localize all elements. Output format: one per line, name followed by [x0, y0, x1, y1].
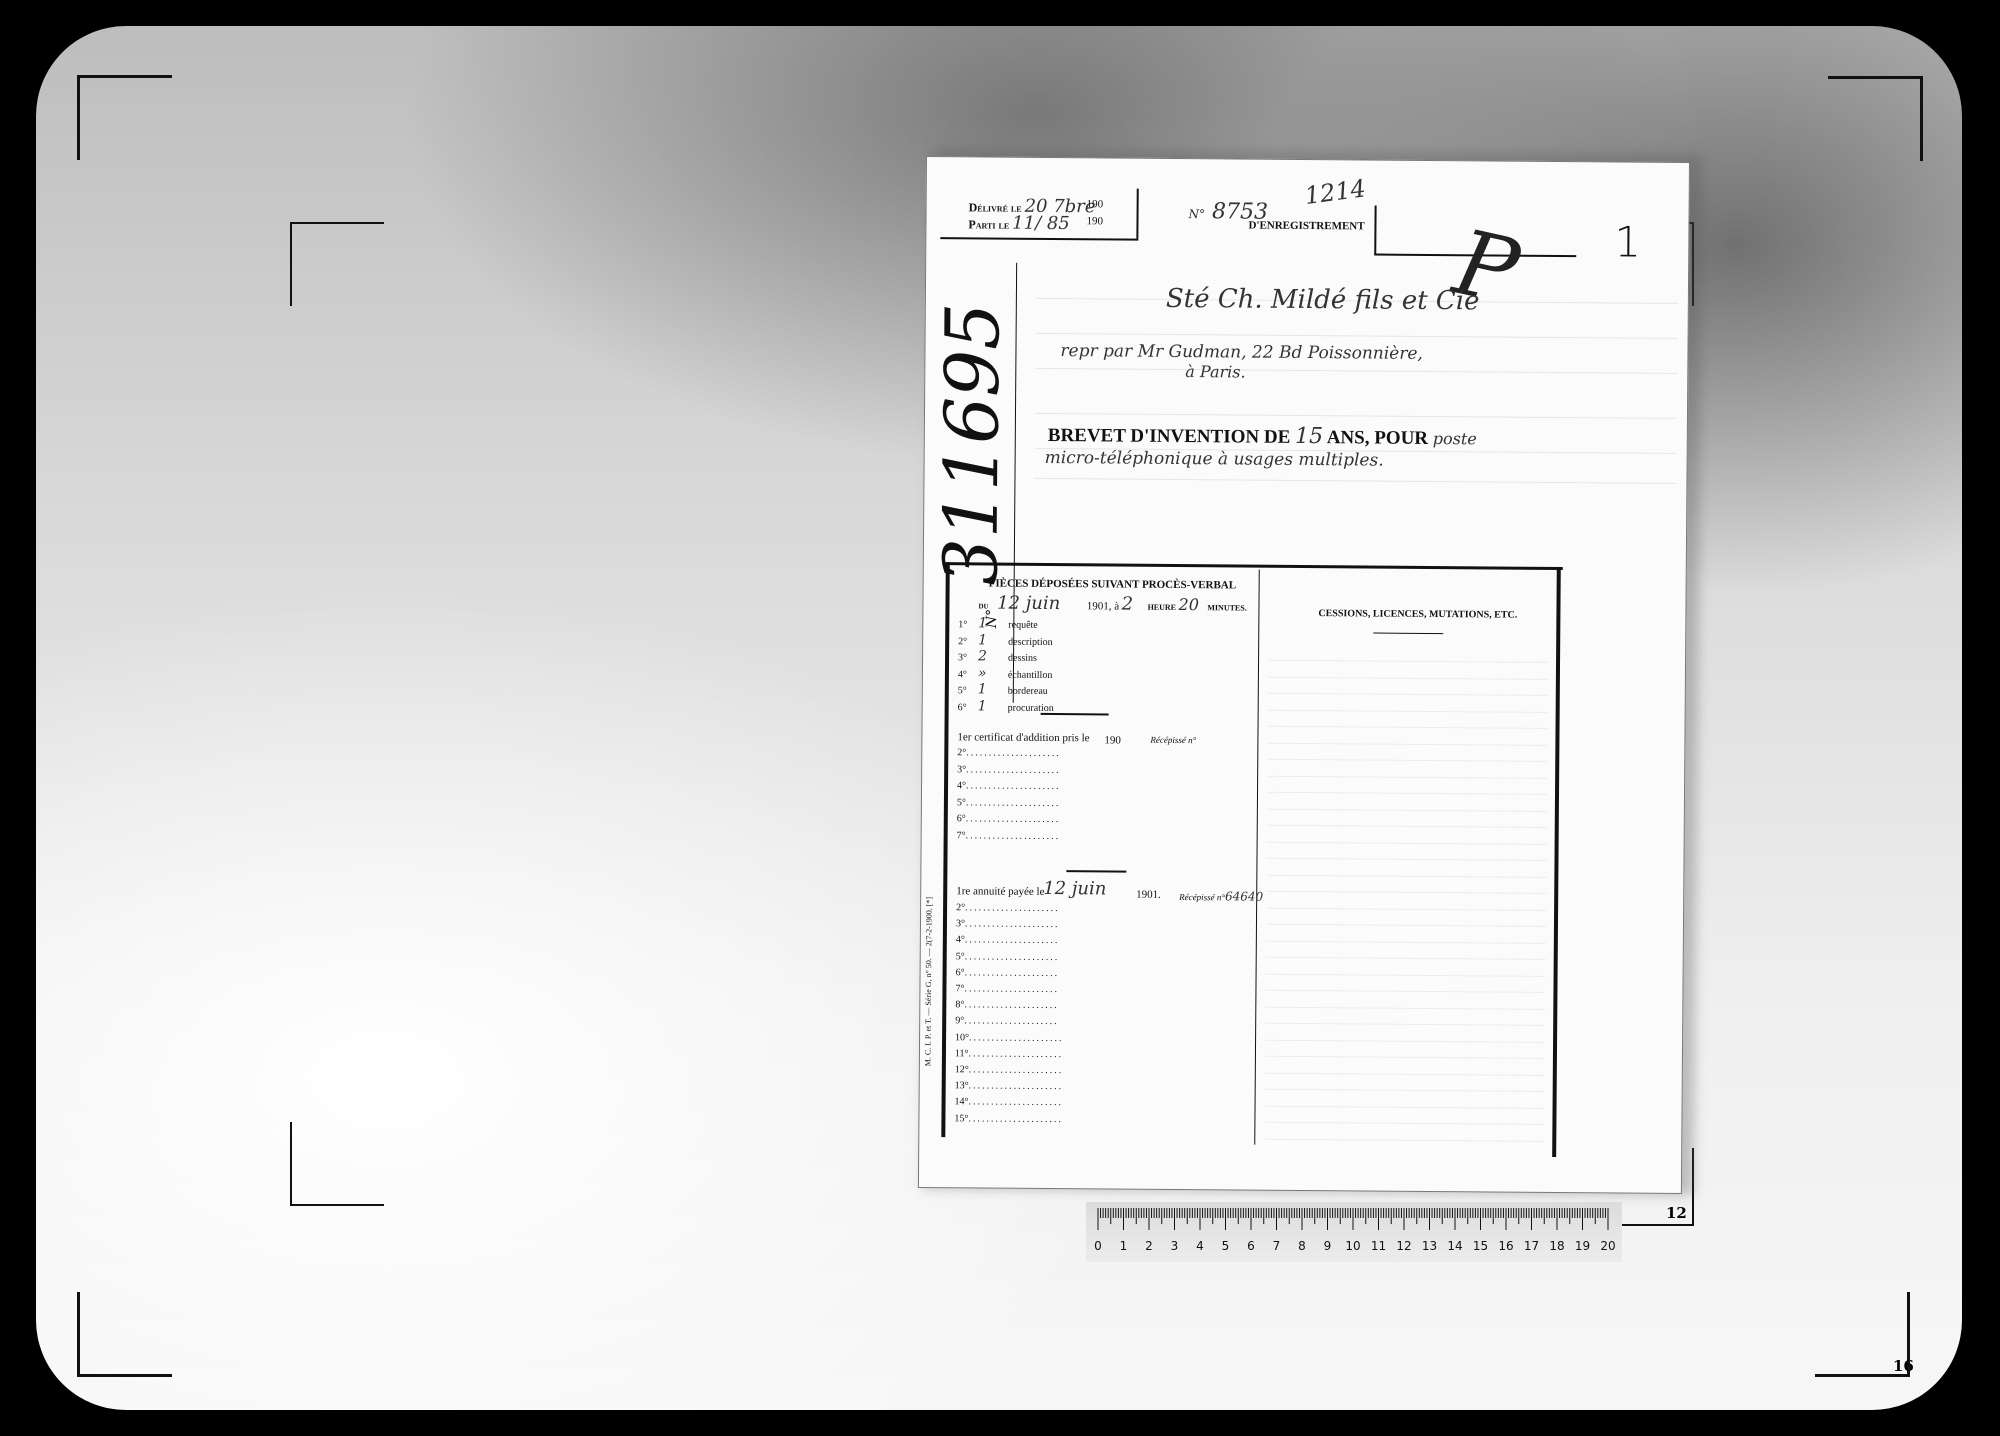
- ruled-line: [1268, 693, 1548, 696]
- crop-mark-bottom-left: [77, 1292, 172, 1377]
- svg-text:4: 4: [1196, 1239, 1204, 1253]
- cessions-heading: CESSIONS, LICENCES, MUTATIONS, ETC.: [1318, 608, 1517, 621]
- piece-label: procuration: [1008, 702, 1054, 713]
- ruled-line: [1267, 742, 1547, 745]
- row-number: 7°: [955, 983, 964, 994]
- svg-text:1: 1: [1120, 1239, 1128, 1253]
- crop-mark-top-left: [77, 75, 172, 160]
- row-dots: .....................: [966, 813, 1061, 825]
- svg-text:10: 10: [1345, 1239, 1360, 1253]
- sent-row: Parti le 11/ 85: [968, 212, 1070, 234]
- ruled-line: [1267, 808, 1547, 811]
- ruled-line: [1265, 1105, 1545, 1108]
- patent-register-card: Délivré le 20 7bre Parti le 11/ 85 190 1…: [918, 156, 1690, 1194]
- certificate-receipt-label: Récépissé n°: [1150, 735, 1196, 745]
- piece-count: 1: [978, 681, 1008, 697]
- piece-count: 1: [978, 615, 1008, 631]
- row-number: 5°: [957, 797, 966, 808]
- dotted-row: 5°.....................: [957, 797, 1061, 809]
- svg-text:12: 12: [1396, 1239, 1411, 1253]
- row-number: 8°: [955, 999, 964, 1010]
- piece-item: 3°2dessins: [958, 648, 1037, 665]
- ruled-line: [1266, 891, 1546, 894]
- row-number: 6°: [956, 967, 965, 978]
- piece-label: requête: [1008, 620, 1038, 631]
- piece-number: 5°: [958, 685, 978, 696]
- dotted-row: 12°.....................: [955, 1064, 1064, 1076]
- applicant-representative: repr par Mr Gudman, 22 Bd Poissonnière,: [1060, 341, 1423, 364]
- piece-number: 3°: [958, 652, 978, 663]
- ruled-line: [1267, 775, 1547, 778]
- pieces-hour-value: 2: [1122, 594, 1134, 615]
- row-dots: .....................: [969, 1081, 1064, 1093]
- ruled-line: [1265, 1006, 1545, 1009]
- ruled-line: [1265, 1023, 1545, 1026]
- dotted-row: 6°.....................: [956, 967, 1060, 979]
- pieces-date-value: 12 juin: [997, 593, 1060, 614]
- ruled-line: [1266, 858, 1546, 861]
- ruled-line: [1267, 825, 1547, 828]
- ruled-line: [1264, 1138, 1544, 1141]
- svg-text:11: 11: [1371, 1239, 1386, 1253]
- piece-count: 2: [978, 648, 1008, 664]
- svg-text:19: 19: [1575, 1239, 1590, 1253]
- svg-text:9: 9: [1324, 1239, 1332, 1253]
- piece-label: échantillon: [1008, 669, 1053, 680]
- row-number: 14°: [955, 1097, 969, 1108]
- ruled-line: [1268, 660, 1548, 663]
- annuity-year: 1901.: [1136, 889, 1161, 901]
- row-dots: .....................: [964, 1000, 1059, 1012]
- inner-frame-number: 12: [1666, 1204, 1687, 1222]
- row-number: 11°: [955, 1048, 969, 1059]
- row-number: 7°: [957, 830, 966, 841]
- row-number: 6°: [957, 813, 966, 824]
- dotted-row: 2°.....................: [956, 902, 1060, 914]
- ruled-line: [1267, 841, 1547, 844]
- inner-crop-mark-top-left: [290, 222, 384, 306]
- piece-label: description: [1008, 636, 1053, 647]
- ruled-line: [1266, 874, 1546, 877]
- row-number: 3°: [957, 764, 966, 775]
- svg-text:8: 8: [1298, 1239, 1306, 1253]
- svg-text:3: 3: [1171, 1239, 1179, 1253]
- piece-number: 2°: [958, 636, 978, 647]
- row-dots: .....................: [969, 1032, 1064, 1044]
- row-number: 9°: [955, 1016, 964, 1027]
- patent-title: BREVET D'INVENTION DE 15 ANS, POUR poste: [1048, 422, 1477, 450]
- registration-label: d'enregistrement: [1248, 220, 1364, 233]
- svg-text:13: 13: [1422, 1239, 1437, 1253]
- row-number: 3°: [956, 918, 965, 929]
- svg-text:18: 18: [1549, 1239, 1564, 1253]
- row-dots: .....................: [965, 951, 1060, 963]
- pieces-year: 1901, à: [1087, 600, 1119, 612]
- applicant-city: à Paris.: [1185, 362, 1245, 381]
- row-dots: .....................: [966, 830, 1061, 842]
- svg-text:14: 14: [1447, 1239, 1462, 1253]
- row-number: 2°: [957, 747, 966, 758]
- sent-value: 11/ 85: [1012, 213, 1070, 234]
- piece-item: 4°»échantillon: [958, 665, 1053, 682]
- ruler-scale: 01234567891011121314151617181920: [1086, 1202, 1622, 1262]
- svg-text:0: 0: [1094, 1239, 1102, 1253]
- row-number: 5°: [956, 951, 965, 962]
- certificate-first-label: 1er certificat d'addition pris le: [957, 731, 1089, 744]
- row-dots: .....................: [968, 1113, 1063, 1125]
- dotted-row: 11°.....................: [955, 1048, 1063, 1060]
- row-dots: .....................: [969, 1048, 1064, 1060]
- dotted-row: 8°.....................: [955, 999, 1059, 1011]
- dotted-row: 3°.....................: [956, 918, 1060, 930]
- svg-text:16: 16: [1498, 1239, 1513, 1253]
- pieces-date-prefix: du: [978, 600, 988, 611]
- printer-imprint: M. C. I. P. et T. — Série G, n° 50. — 2(…: [923, 812, 935, 1152]
- pieces-minutes-value: 20: [1178, 595, 1199, 614]
- title-suffix: ANS, POUR: [1327, 427, 1429, 449]
- ruled-line: [1268, 726, 1548, 729]
- row-dots: .....................: [965, 919, 1060, 931]
- row-dots: .....................: [964, 983, 1059, 995]
- ruled-line: [1265, 990, 1545, 993]
- dotted-row: 5°.....................: [956, 951, 1060, 963]
- svg-text:15: 15: [1473, 1239, 1488, 1253]
- row-number: 12°: [955, 1064, 969, 1075]
- pieces-hour-label: heure: [1148, 603, 1177, 612]
- title-years: 15: [1295, 424, 1323, 449]
- row-dots: .....................: [965, 902, 1060, 914]
- annuity-receipt-label: Récépissé n°: [1179, 892, 1225, 902]
- ruled-line: [1265, 1056, 1545, 1059]
- svg-text:6: 6: [1247, 1239, 1255, 1253]
- crop-mark-top-right: [1828, 76, 1923, 161]
- piece-count: 1: [978, 698, 1008, 714]
- svg-text:2: 2: [1145, 1239, 1153, 1253]
- row-number: 2°: [956, 902, 965, 913]
- ruled-line: [1268, 676, 1548, 679]
- dotted-row: 14°.....................: [955, 1097, 1064, 1109]
- row-dots: .....................: [966, 764, 1061, 776]
- svg-text:17: 17: [1524, 1239, 1539, 1253]
- certificate-first-row: 1er certificat d'addition pris le: [957, 731, 1089, 744]
- annuity-first-date: 12 juin: [1043, 878, 1106, 899]
- outer-frame-number: 16: [1893, 1357, 1914, 1375]
- title-subject-2: micro-téléphonique à usages multiples.: [1045, 448, 1384, 471]
- annuity-receipt-value: 64640: [1225, 889, 1263, 903]
- annuity-first-label: 1re annuité payée le: [956, 885, 1044, 898]
- svg-text:7: 7: [1273, 1239, 1281, 1253]
- ruled-line: [1265, 1039, 1545, 1042]
- svg-text:20: 20: [1600, 1239, 1615, 1253]
- ruled-line: [1266, 957, 1546, 960]
- piece-item: 1°1requête: [958, 615, 1038, 632]
- dotted-row: 10°.....................: [955, 1032, 1064, 1044]
- row-dots: .....................: [969, 1097, 1064, 1109]
- dotted-row: 7°.....................: [955, 983, 1059, 995]
- title-subject-1: poste: [1433, 429, 1477, 448]
- ruled-line: [1264, 1122, 1544, 1125]
- row-number: 10°: [955, 1032, 969, 1043]
- piece-number: 4°: [958, 669, 978, 680]
- row-dots: .....................: [969, 1064, 1064, 1076]
- patent-number-value: 311695: [928, 302, 1016, 585]
- piece-number: 6°: [958, 702, 978, 713]
- piece-item: 5°1bordereau: [958, 681, 1048, 698]
- piece-item: 2°1description: [958, 632, 1053, 649]
- dotted-row: 4°.....................: [956, 935, 1060, 947]
- row-dots: .....................: [966, 747, 1061, 759]
- ruled-line: [1265, 1072, 1545, 1075]
- row-dots: .....................: [965, 967, 1060, 979]
- dotted-row: 7°.....................: [957, 830, 1061, 842]
- piece-label: bordereau: [1008, 686, 1048, 697]
- svg-text:5: 5: [1222, 1239, 1230, 1253]
- pieces-heading: Fièces déposées suivant procès-verbal: [989, 578, 1237, 592]
- dotted-row: 15°.....................: [954, 1113, 1063, 1125]
- dotted-row: 3°.....................: [957, 764, 1061, 776]
- piece-count: »: [978, 665, 1008, 681]
- ruled-line: [1266, 940, 1546, 943]
- sent-label: Parti le: [968, 217, 1009, 231]
- row-number: 13°: [955, 1080, 969, 1091]
- pieces-date-row: du 12 juin 1901, à 2 heure 20 minutes.: [978, 592, 1246, 615]
- piece-item: 6°1procuration: [958, 698, 1054, 715]
- row-dots: .....................: [966, 780, 1061, 792]
- ruled-line: [1266, 924, 1546, 927]
- annuity-receipt: Récépissé n°64640: [1179, 889, 1263, 904]
- ruled-line: [1265, 1089, 1545, 1092]
- year-prefix-1: 190: [1087, 198, 1104, 210]
- row-number: 4°: [957, 780, 966, 791]
- piece-label: dessins: [1008, 653, 1037, 664]
- ruled-line: [1267, 792, 1547, 795]
- row-number: 4°: [956, 935, 965, 946]
- ruled-line: [1267, 759, 1547, 762]
- row-number: 15°: [954, 1113, 968, 1124]
- dotted-row: 4°.....................: [957, 780, 1061, 792]
- applicant-name: Sté Ch. Mildé fils et Cie: [1166, 284, 1480, 316]
- ruled-line: [1268, 709, 1548, 712]
- certificate-year: 190: [1104, 734, 1121, 746]
- row-dots: .....................: [965, 935, 1060, 947]
- piece-number: 1°: [958, 619, 978, 630]
- year-prefix-2: 190: [1086, 215, 1103, 227]
- piece-count: 1: [978, 632, 1008, 648]
- folio-number: 1214: [1303, 174, 1367, 210]
- dotted-row: 2°.....................: [957, 747, 1061, 759]
- row-dots: .....................: [964, 1016, 1059, 1028]
- pieces-minutes-label: minutes.: [1207, 603, 1246, 612]
- ruled-line: [1266, 907, 1546, 910]
- registration-number-label: N°: [1188, 207, 1205, 221]
- inner-crop-mark-bottom-left: [290, 1122, 384, 1206]
- dotted-row: 13°.....................: [955, 1080, 1064, 1092]
- title-prefix: BREVET D'INVENTION DE: [1048, 425, 1291, 448]
- measurement-ruler: 01234567891011121314151617181920: [1086, 1202, 1622, 1262]
- dotted-row: 9°.....................: [955, 1016, 1059, 1028]
- row-dots: .....................: [966, 797, 1061, 809]
- corner-number: 1: [1614, 217, 1641, 266]
- ruled-line: [1266, 973, 1546, 976]
- dotted-row: 6°.....................: [957, 813, 1061, 825]
